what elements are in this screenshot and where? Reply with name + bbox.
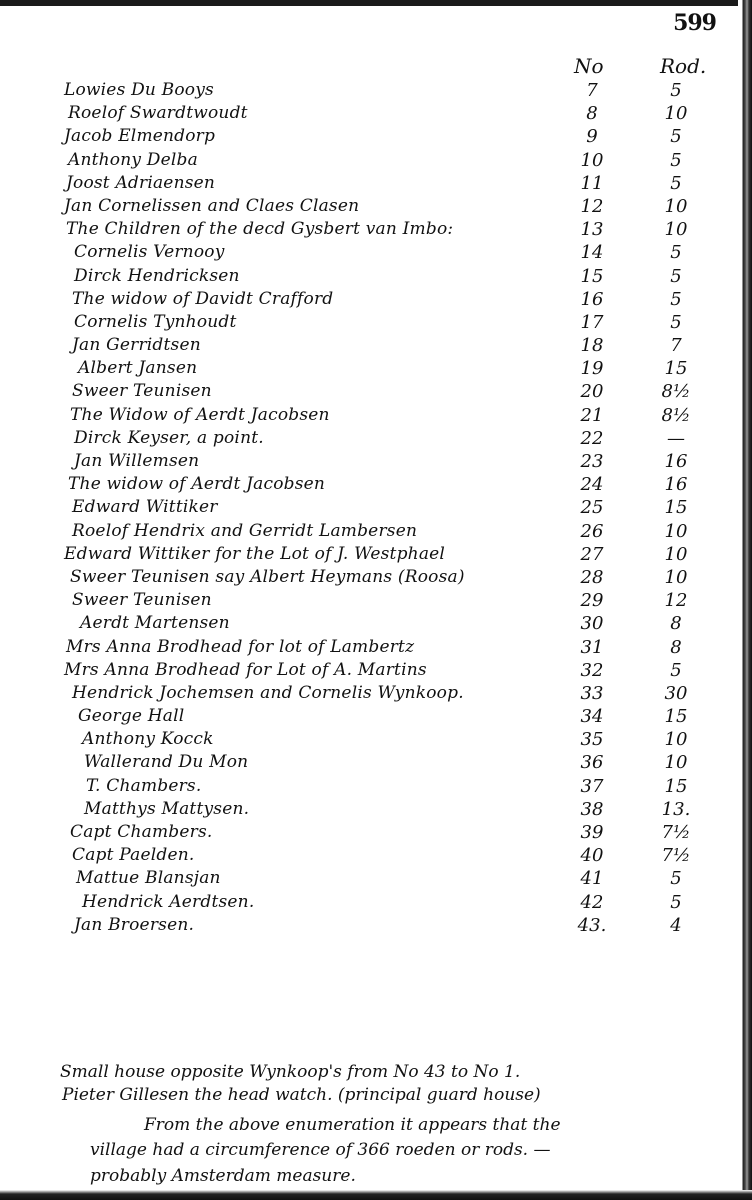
scan-bottom-border (0, 1190, 752, 1200)
table-row: Jan Willemsen2316 (0, 451, 752, 474)
entry-name: Hendrick Jochemsen and Cornelis Wynkoop. (72, 683, 464, 703)
table-row: Matthys Mattysen.3813. (0, 799, 752, 822)
entry-rods: 15 (648, 358, 704, 379)
entry-list: Lowies Du Booys75Roelof Swardtwoudt810Ja… (0, 80, 752, 938)
table-row: The widow of Aerdt Jacobsen2416 (0, 474, 752, 497)
entry-name: Anthony Delba (68, 150, 198, 170)
entry-rods: 16 (648, 474, 704, 495)
entry-name: Cornelis Tynhoudt (74, 312, 237, 332)
entry-number: 25 (562, 497, 622, 518)
table-row: Cornelis Tynhoudt175 (0, 312, 752, 335)
entry-number: 22 (562, 428, 622, 449)
entry-number: 24 (562, 474, 622, 495)
entry-number: 32 (562, 660, 622, 681)
entry-name: Jan Willemsen (74, 451, 199, 471)
table-row: Cornelis Vernooy145 (0, 242, 752, 265)
entry-rods: 10 (648, 521, 704, 542)
entry-number: 8 (562, 103, 622, 124)
entry-rods: 5 (648, 242, 704, 263)
entry-number: 37 (562, 776, 622, 797)
entry-rods: 8 (648, 613, 704, 634)
entry-rods: 5 (648, 150, 704, 171)
entry-number: 42 (562, 892, 622, 913)
entry-number: 36 (562, 752, 622, 773)
entry-number: 20 (562, 381, 622, 402)
entry-name: Sweer Teunisen (72, 590, 212, 610)
table-row: Dirck Hendricksen155 (0, 266, 752, 289)
entry-name: Roelof Hendrix and Gerridt Lambersen (72, 521, 417, 541)
entry-name: Dirck Keyser, a point. (74, 428, 264, 448)
entry-number: 33 (562, 683, 622, 704)
entry-name: Anthony Kocck (82, 729, 214, 749)
entry-rods: 10 (648, 544, 704, 565)
entry-number: 41 (562, 868, 622, 889)
page-number: 599 (673, 10, 716, 36)
entry-number: 28 (562, 567, 622, 588)
table-row: Roelof Swardtwoudt810 (0, 103, 752, 126)
entry-rods: 10 (648, 196, 704, 217)
table-row: Albert Jansen1915 (0, 358, 752, 381)
entry-rods: 5 (648, 868, 704, 889)
entry-rods: 5 (648, 266, 704, 287)
table-row: Mattue Blansjan415 (0, 868, 752, 891)
entry-number: 35 (562, 729, 622, 750)
table-row: Hendrick Jochemsen and Cornelis Wynkoop.… (0, 683, 752, 706)
entry-name: Jan Cornelissen and Claes Clasen (64, 196, 359, 216)
table-row: Capt Chambers.397½ (0, 822, 752, 845)
entry-rods: 10 (648, 752, 704, 773)
entry-rods: 8½ (648, 405, 704, 426)
entry-name: T. Chambers. (86, 776, 201, 796)
entry-number: 12 (562, 196, 622, 217)
entry-rods: 10 (648, 729, 704, 750)
entry-name: Aerdt Martensen (80, 613, 230, 633)
entry-number: 16 (562, 289, 622, 310)
entry-name: The widow of Davidt Crafford (72, 289, 333, 309)
note-small-house: Small house opposite Wynkoop's from No 4… (60, 1062, 520, 1082)
entry-rods: 7½ (648, 822, 704, 843)
entry-rods: 10 (648, 103, 704, 124)
entry-name: Dirck Hendricksen (74, 266, 240, 286)
entry-name: The widow of Aerdt Jacobsen (68, 474, 325, 494)
entry-name: Capt Paelden. (72, 845, 194, 865)
entry-number: 31 (562, 637, 622, 658)
entry-rods: 15 (648, 776, 704, 797)
table-row: Jan Broersen.43.4 (0, 915, 752, 938)
entry-rods: 5 (648, 173, 704, 194)
entry-number: 43. (562, 915, 622, 936)
entry-rods: 7 (648, 335, 704, 356)
entry-name: The Widow of Aerdt Jacobsen (70, 405, 330, 425)
entry-number: 7 (562, 80, 622, 101)
entry-name: The Children of the decd Gysbert van Imb… (66, 219, 453, 239)
entry-rods: 5 (648, 312, 704, 333)
entry-rods: 10 (648, 219, 704, 240)
table-row: Anthony Delba105 (0, 150, 752, 173)
scan-top-border (0, 0, 752, 6)
entry-rods: 5 (648, 289, 704, 310)
entry-name: Mattue Blansjan (76, 868, 221, 888)
entry-name: Edward Wittiker for the Lot of J. Westph… (64, 544, 445, 564)
entry-rods: 15 (648, 497, 704, 518)
entry-number: 34 (562, 706, 622, 727)
table-row: Roelof Hendrix and Gerridt Lambersen2610 (0, 521, 752, 544)
entry-name: Wallerand Du Mon (84, 752, 248, 772)
table-row: Wallerand Du Mon3610 (0, 752, 752, 775)
entry-rods: 30 (648, 683, 704, 704)
entry-name: Sweer Teunisen (72, 381, 212, 401)
table-row: Capt Paelden.407½ (0, 845, 752, 868)
table-row: Jan Gerridtsen187 (0, 335, 752, 358)
table-row: Jacob Elmendorp95 (0, 126, 752, 149)
entry-name: Edward Wittiker (72, 497, 218, 517)
table-row: Anthony Kocck3510 (0, 729, 752, 752)
table-row: Edward Wittiker2515 (0, 497, 752, 520)
entry-number: 17 (562, 312, 622, 333)
entry-name: Jacob Elmendorp (64, 126, 215, 146)
entry-number: 13 (562, 219, 622, 240)
table-row: T. Chambers.3715 (0, 776, 752, 799)
table-row: Sweer Teunisen2912 (0, 590, 752, 613)
entry-name: Matthys Mattysen. (84, 799, 249, 819)
entry-number: 30 (562, 613, 622, 634)
entry-name: Roelof Swardtwoudt (68, 103, 248, 123)
entry-number: 29 (562, 590, 622, 611)
entry-name: Joost Adriaensen (66, 173, 215, 193)
entry-number: 23 (562, 451, 622, 472)
entry-rods: 16 (648, 451, 704, 472)
table-row: Lowies Du Booys75 (0, 80, 752, 103)
entry-rods: 7½ (648, 845, 704, 866)
entry-name: Mrs Anna Brodhead for lot of Lambertz (66, 637, 414, 657)
table-row: Mrs Anna Brodhead for Lot of A. Martins3… (0, 660, 752, 683)
entry-name: George Hall (78, 706, 184, 726)
entry-name: Capt Chambers. (70, 822, 212, 842)
entry-name: Cornelis Vernooy (74, 242, 225, 262)
entry-number: 40 (562, 845, 622, 866)
note-summary-line-3: probably Amsterdam measure. (90, 1166, 356, 1186)
table-row: Jan Cornelissen and Claes Clasen1210 (0, 196, 752, 219)
entry-number: 26 (562, 521, 622, 542)
entry-rods: 13. (648, 799, 704, 820)
entry-rods: — (648, 428, 704, 449)
entry-rods: 5 (648, 80, 704, 101)
entry-number: 11 (562, 173, 622, 194)
entry-name: Jan Broersen. (74, 915, 194, 935)
table-row: Joost Adriaensen115 (0, 173, 752, 196)
entry-name: Mrs Anna Brodhead for Lot of A. Martins (64, 660, 427, 680)
entry-name: Lowies Du Booys (64, 80, 214, 100)
entry-rods: 4 (648, 915, 704, 936)
table-row: Mrs Anna Brodhead for lot of Lambertz318 (0, 637, 752, 660)
entry-name: Sweer Teunisen say Albert Heymans (Roosa… (70, 567, 465, 587)
entry-rods: 8½ (648, 381, 704, 402)
entry-rods: 10 (648, 567, 704, 588)
table-row: Aerdt Martensen308 (0, 613, 752, 636)
entry-rods: 5 (648, 892, 704, 913)
table-row: Hendrick Aerdtsen.425 (0, 892, 752, 915)
entry-rods: 8 (648, 637, 704, 658)
note-head-watch: Pieter Gillesen the head watch. (princip… (62, 1085, 541, 1105)
table-row: George Hall3415 (0, 706, 752, 729)
entry-name: Hendrick Aerdtsen. (82, 892, 254, 912)
entry-number: 27 (562, 544, 622, 565)
column-header-number: No (574, 54, 604, 78)
entry-number: 9 (562, 126, 622, 147)
entry-rods: 15 (648, 706, 704, 727)
entry-number: 39 (562, 822, 622, 843)
note-summary-line-2: village had a circumference of 366 roede… (90, 1140, 551, 1160)
table-row: The Children of the decd Gysbert van Imb… (0, 219, 752, 242)
entry-name: Jan Gerridtsen (72, 335, 201, 355)
entry-number: 38 (562, 799, 622, 820)
table-row: Sweer Teunisen say Albert Heymans (Roosa… (0, 567, 752, 590)
table-row: Edward Wittiker for the Lot of J. Westph… (0, 544, 752, 567)
entry-rods: 5 (648, 126, 704, 147)
column-header-rods: Rod. (660, 54, 706, 78)
entry-number: 19 (562, 358, 622, 379)
table-row: Dirck Keyser, a point.22— (0, 428, 752, 451)
entry-number: 15 (562, 266, 622, 287)
entry-number: 18 (562, 335, 622, 356)
entry-number: 21 (562, 405, 622, 426)
note-summary-line-1: From the above enumeration it appears th… (144, 1115, 561, 1135)
entry-number: 10 (562, 150, 622, 171)
table-row: The Widow of Aerdt Jacobsen218½ (0, 405, 752, 428)
entry-rods: 5 (648, 660, 704, 681)
entry-rods: 12 (648, 590, 704, 611)
table-row: Sweer Teunisen208½ (0, 381, 752, 404)
table-row: The widow of Davidt Crafford165 (0, 289, 752, 312)
entry-name: Albert Jansen (78, 358, 197, 378)
entry-number: 14 (562, 242, 622, 263)
